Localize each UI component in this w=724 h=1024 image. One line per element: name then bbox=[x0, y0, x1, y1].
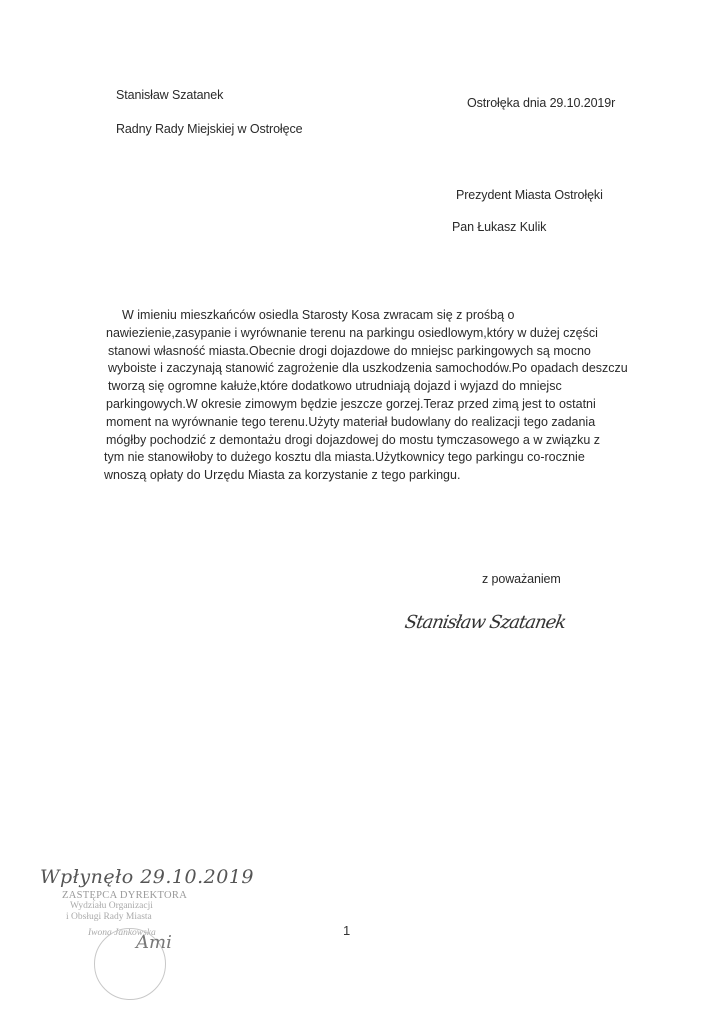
sender-title: Radny Rady Miejskiej w Ostrołęce bbox=[116, 122, 302, 136]
recipient-line-1: Prezydent Miasta Ostrołęki bbox=[456, 188, 603, 202]
body-line: wyboiste i zaczynają stanowić zagrożenie… bbox=[108, 360, 638, 378]
body-line: tym nie stanowiłoby to dużego kosztu dla… bbox=[104, 449, 638, 467]
stamp-dept-line-2: i Obsługi Rady Miasta bbox=[66, 912, 260, 923]
body-line: moment na wyrównanie tego terenu.Użyty m… bbox=[106, 414, 638, 432]
place-date: Ostrołęka dnia 29.10.2019r bbox=[467, 96, 615, 110]
handwritten-signature: Stanisław Szatanek bbox=[403, 612, 567, 633]
body-line: nawiezienie,zasypanie i wyrównanie teren… bbox=[106, 325, 638, 343]
body-line: tworzą się ogromne kałuże,które dodatkow… bbox=[108, 378, 638, 396]
stamp-dept-line-1: Wydziału Organizacji bbox=[70, 901, 260, 912]
body-line: wnoszą opłaty do Urzędu Miasta za korzys… bbox=[104, 467, 638, 485]
sender-name: Stanisław Szatanek bbox=[116, 88, 223, 102]
letter-body: W imieniu mieszkańców osiedla Starosty K… bbox=[118, 307, 638, 485]
received-handwritten: Wpłynęło 29.10.2019 bbox=[40, 866, 260, 888]
body-line: parkingowych.W okresie zimowym będzie je… bbox=[106, 396, 638, 414]
body-line: mógłby pochodzić z demontażu drogi dojaz… bbox=[106, 432, 638, 450]
stamp-title: ZASTĘPCA DYREKTORA bbox=[62, 890, 260, 901]
stamp-initials: Ami bbox=[136, 932, 172, 953]
recipient-line-2: Pan Łukasz Kulik bbox=[452, 220, 546, 234]
page-number: 1 bbox=[343, 923, 350, 938]
body-line: stanowi własność miasta.Obecnie drogi do… bbox=[108, 343, 638, 361]
body-line: W imieniu mieszkańców osiedla Starosty K… bbox=[118, 307, 638, 325]
receipt-stamp: Wpłynęło 29.10.2019 ZASTĘPCA DYREKTORA W… bbox=[40, 866, 260, 938]
closing-salutation: z poważaniem bbox=[482, 572, 561, 586]
